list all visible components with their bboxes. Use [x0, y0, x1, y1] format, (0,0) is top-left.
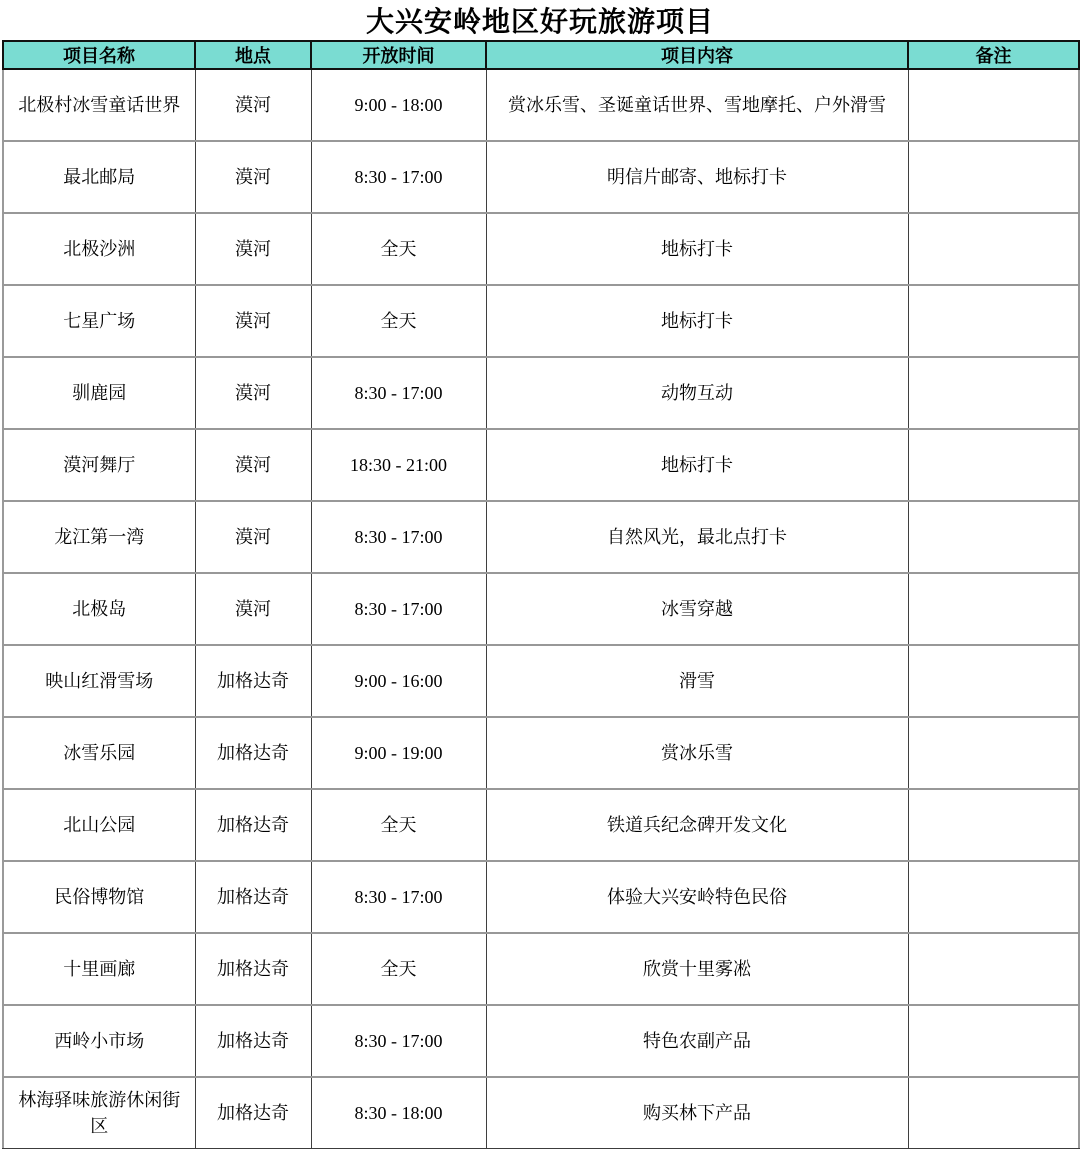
cell-location: 加格达奇	[195, 789, 311, 861]
cell-note	[908, 645, 1079, 717]
cell-note	[908, 501, 1079, 573]
cell-name: 民俗博物馆	[3, 861, 195, 933]
page-title: 大兴安岭地区好玩旅游项目	[0, 0, 1080, 40]
cell-note	[908, 141, 1079, 213]
cell-hours: 8:30 - 17:00	[311, 141, 486, 213]
document-page: 大兴安岭地区好玩旅游项目 项目名称 地点 开放时间 项目内容 备注 北极村冰雪童…	[0, 0, 1080, 1149]
cell-hours: 8:30 - 17:00	[311, 357, 486, 429]
cell-content: 欣赏十里雾凇	[486, 933, 908, 1005]
table-row: 龙江第一湾 漠河 8:30 - 17:00 自然风光，最北点打卡	[3, 501, 1079, 573]
header-note: 备注	[908, 41, 1079, 69]
cell-note	[908, 285, 1079, 357]
cell-location: 加格达奇	[195, 1077, 311, 1149]
cell-location: 漠河	[195, 429, 311, 501]
header-project-content: 项目内容	[486, 41, 908, 69]
cell-content: 购买林下产品	[486, 1077, 908, 1149]
table-row: 民俗博物馆 加格达奇 8:30 - 17:00 体验大兴安岭特色民俗	[3, 861, 1079, 933]
cell-note	[908, 69, 1079, 141]
table-header-row: 项目名称 地点 开放时间 项目内容 备注	[3, 41, 1079, 69]
cell-location: 加格达奇	[195, 933, 311, 1005]
table-row: 北极沙洲 漠河 全天 地标打卡	[3, 213, 1079, 285]
cell-hours: 8:30 - 17:00	[311, 573, 486, 645]
cell-name: 映山红滑雪场	[3, 645, 195, 717]
cell-note	[908, 1077, 1079, 1149]
cell-location: 漠河	[195, 213, 311, 285]
cell-content: 赏冰乐雪、圣诞童话世界、雪地摩托、户外滑雪	[486, 69, 908, 141]
cell-hours: 8:30 - 17:00	[311, 501, 486, 573]
cell-content: 地标打卡	[486, 213, 908, 285]
cell-location: 漠河	[195, 285, 311, 357]
cell-note	[908, 357, 1079, 429]
header-open-hours: 开放时间	[311, 41, 486, 69]
table-row: 十里画廊 加格达奇 全天 欣赏十里雾凇	[3, 933, 1079, 1005]
cell-name: 七星广场	[3, 285, 195, 357]
cell-hours: 18:30 - 21:00	[311, 429, 486, 501]
cell-name: 北极沙洲	[3, 213, 195, 285]
cell-hours: 8:30 - 17:00	[311, 861, 486, 933]
cell-location: 加格达奇	[195, 717, 311, 789]
table-row: 西岭小市场 加格达奇 8:30 - 17:00 特色农副产品	[3, 1005, 1079, 1077]
cell-note	[908, 717, 1079, 789]
cell-name: 北山公园	[3, 789, 195, 861]
tourism-projects-table: 项目名称 地点 开放时间 项目内容 备注 北极村冰雪童话世界 漠河 9:00 -…	[2, 40, 1080, 1149]
cell-name: 北极村冰雪童话世界	[3, 69, 195, 141]
table-row: 七星广场 漠河 全天 地标打卡	[3, 285, 1079, 357]
cell-name: 漠河舞厅	[3, 429, 195, 501]
cell-content: 地标打卡	[486, 285, 908, 357]
cell-hours: 全天	[311, 213, 486, 285]
table-body: 北极村冰雪童话世界 漠河 9:00 - 18:00 赏冰乐雪、圣诞童话世界、雪地…	[3, 69, 1079, 1149]
cell-content: 动物互动	[486, 357, 908, 429]
cell-hours: 8:30 - 18:00	[311, 1077, 486, 1149]
cell-hours: 9:00 - 19:00	[311, 717, 486, 789]
cell-name: 林海驿味旅游休闲街区	[3, 1077, 195, 1149]
cell-content: 自然风光，最北点打卡	[486, 501, 908, 573]
cell-note	[908, 789, 1079, 861]
cell-name: 西岭小市场	[3, 1005, 195, 1077]
table-row: 林海驿味旅游休闲街区 加格达奇 8:30 - 18:00 购买林下产品	[3, 1077, 1079, 1149]
cell-location: 加格达奇	[195, 645, 311, 717]
cell-note	[908, 573, 1079, 645]
table-row: 驯鹿园 漠河 8:30 - 17:00 动物互动	[3, 357, 1079, 429]
cell-location: 漠河	[195, 69, 311, 141]
table-row: 北极岛 漠河 8:30 - 17:00 冰雪穿越	[3, 573, 1079, 645]
cell-location: 漠河	[195, 141, 311, 213]
table-row: 漠河舞厅 漠河 18:30 - 21:00 地标打卡	[3, 429, 1079, 501]
cell-location: 加格达奇	[195, 1005, 311, 1077]
cell-name: 龙江第一湾	[3, 501, 195, 573]
cell-note	[908, 429, 1079, 501]
cell-content: 体验大兴安岭特色民俗	[486, 861, 908, 933]
table-row: 冰雪乐园 加格达奇 9:00 - 19:00 赏冰乐雪	[3, 717, 1079, 789]
cell-note	[908, 1005, 1079, 1077]
table-row: 映山红滑雪场 加格达奇 9:00 - 16:00 滑雪	[3, 645, 1079, 717]
cell-content: 特色农副产品	[486, 1005, 908, 1077]
table-row: 最北邮局 漠河 8:30 - 17:00 明信片邮寄、地标打卡	[3, 141, 1079, 213]
cell-name: 驯鹿园	[3, 357, 195, 429]
cell-location: 加格达奇	[195, 861, 311, 933]
cell-location: 漠河	[195, 357, 311, 429]
cell-content: 明信片邮寄、地标打卡	[486, 141, 908, 213]
cell-hours: 全天	[311, 933, 486, 1005]
cell-name: 十里画廊	[3, 933, 195, 1005]
cell-note	[908, 213, 1079, 285]
header-project-name: 项目名称	[3, 41, 195, 69]
header-location: 地点	[195, 41, 311, 69]
cell-name: 最北邮局	[3, 141, 195, 213]
cell-content: 铁道兵纪念碑开发文化	[486, 789, 908, 861]
cell-hours: 9:00 - 16:00	[311, 645, 486, 717]
cell-content: 地标打卡	[486, 429, 908, 501]
table-row: 北极村冰雪童话世界 漠河 9:00 - 18:00 赏冰乐雪、圣诞童话世界、雪地…	[3, 69, 1079, 141]
cell-note	[908, 933, 1079, 1005]
cell-hours: 全天	[311, 789, 486, 861]
table-row: 北山公园 加格达奇 全天 铁道兵纪念碑开发文化	[3, 789, 1079, 861]
cell-content: 冰雪穿越	[486, 573, 908, 645]
cell-hours: 全天	[311, 285, 486, 357]
cell-hours: 9:00 - 18:00	[311, 69, 486, 141]
cell-content: 赏冰乐雪	[486, 717, 908, 789]
cell-location: 漠河	[195, 573, 311, 645]
cell-name: 冰雪乐园	[3, 717, 195, 789]
cell-location: 漠河	[195, 501, 311, 573]
cell-name: 北极岛	[3, 573, 195, 645]
cell-content: 滑雪	[486, 645, 908, 717]
cell-hours: 8:30 - 17:00	[311, 1005, 486, 1077]
cell-note	[908, 861, 1079, 933]
